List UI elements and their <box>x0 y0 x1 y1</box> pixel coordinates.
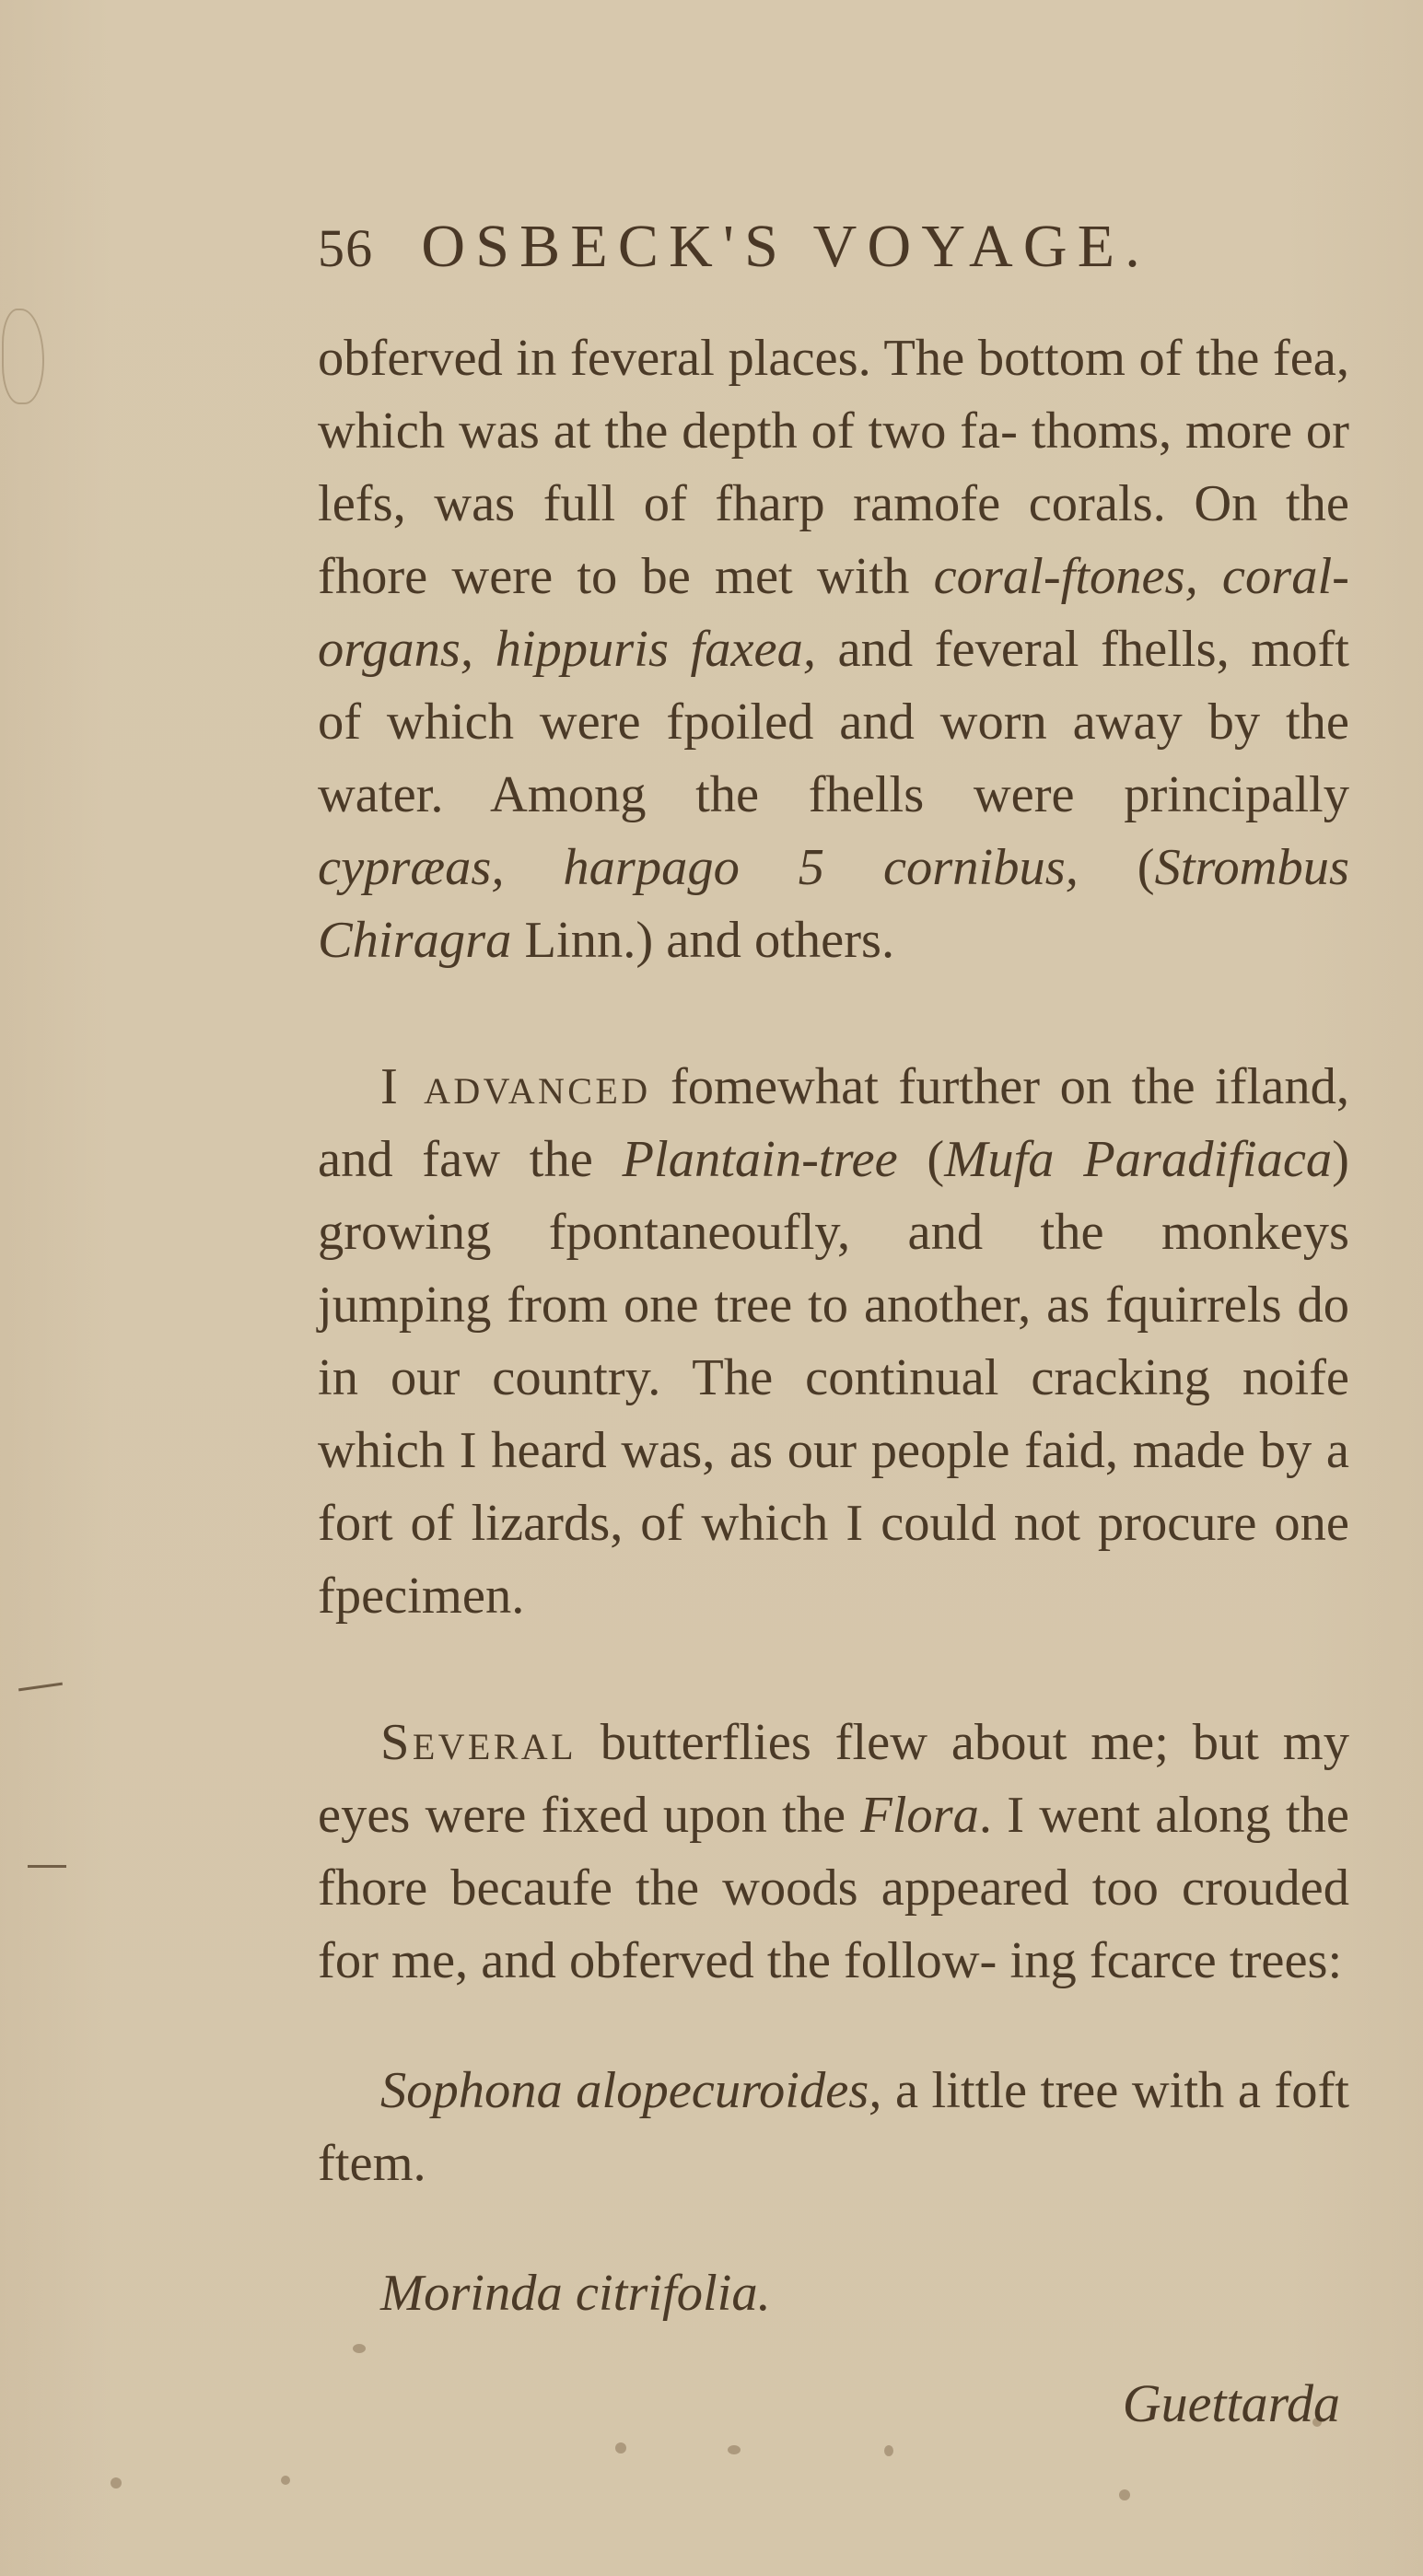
paper-speck <box>111 2477 122 2489</box>
book-page: 56 OSBECK'S VOYAGE. obferved in feveral … <box>318 212 1349 2440</box>
paper-speck <box>615 2442 626 2454</box>
species-name: Morinda citrifolia. <box>380 2265 771 2322</box>
paragraph-gap <box>318 2330 1349 2367</box>
italic-segment: Plantain-tree <box>623 1131 898 1188</box>
margin-mark <box>28 1865 66 1868</box>
text-segment: ( <box>1079 839 1155 896</box>
species-name: Sophona alopecuroides, <box>380 2062 881 2119</box>
italic-segment: cypræas, harpago 5 cornibus, <box>318 839 1079 896</box>
paragraph-1: obferved in feveral places. The bottom o… <box>318 322 1349 977</box>
text-segment: ) growing fpontaneoufly, and the monkeys… <box>318 1131 1349 1625</box>
paper-speck <box>884 2445 893 2456</box>
paragraph-gap <box>318 1998 1349 2055</box>
paragraph-gap <box>318 2200 1349 2257</box>
paragraph-gap <box>318 977 1349 1051</box>
smallcaps-lead: I advanced <box>380 1058 650 1115</box>
paragraph-gap <box>318 1633 1349 1707</box>
paper-speck <box>1119 2489 1130 2500</box>
paper-speck <box>281 2476 290 2485</box>
paper-speck <box>728 2445 741 2454</box>
italic-segment: Flora <box>860 1787 979 1844</box>
paper-stain <box>2 309 44 404</box>
paragraph-2: I advanced fomewhat further on the iflan… <box>318 1051 1349 1633</box>
paragraph-3: Several butterflies flew about me; but m… <box>318 1707 1349 1998</box>
smallcaps-lead: Several <box>380 1714 577 1771</box>
margin-mark <box>18 1683 63 1692</box>
text-segment: ( <box>898 1131 945 1188</box>
text-segment: Linn.) and others. <box>511 912 894 969</box>
species-entry: Sophona alopecuroides, a little tree wit… <box>318 2055 1349 2200</box>
catchword: Guettarda <box>318 2367 1349 2440</box>
italic-segment: Mufa Paradifiaca <box>944 1131 1332 1188</box>
page-number: 56 <box>318 217 373 279</box>
running-head: 56 OSBECK'S VOYAGE. <box>318 212 1349 322</box>
running-title: OSBECK'S VOYAGE. <box>421 212 1150 282</box>
species-entry: Morinda citrifolia. <box>318 2257 1349 2330</box>
